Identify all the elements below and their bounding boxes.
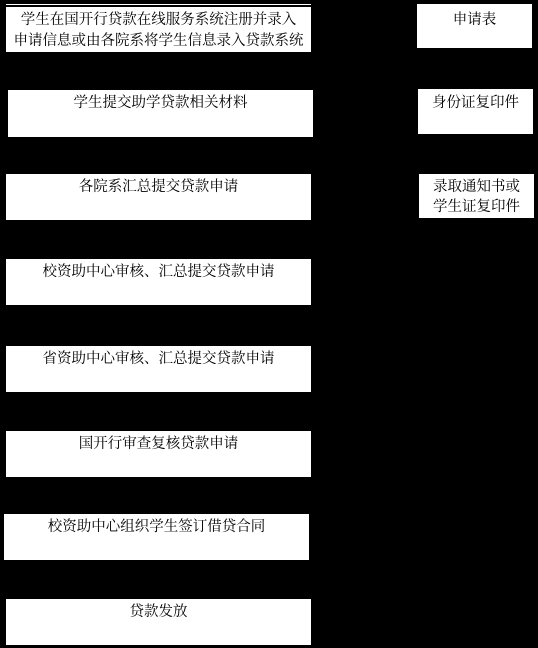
step-text-line: 校资助中心组织学生签订借贷合同 bbox=[4, 517, 309, 538]
step-province-review: 省资助中心审核、汇总提交贷款申请 bbox=[6, 346, 311, 392]
doc-text-line: 申请表 bbox=[417, 10, 532, 31]
step-text-line: 各院系汇总提交贷款申请 bbox=[6, 177, 311, 198]
step-loan-disbursement: 贷款发放 bbox=[6, 599, 311, 645]
step-department-summary: 各院系汇总提交贷款申请 bbox=[6, 174, 311, 220]
doc-text-line: 录取通知书或 bbox=[419, 177, 534, 197]
doc-id-copy: 身份证复印件 bbox=[418, 89, 533, 134]
doc-application-form: 申请表 bbox=[417, 4, 532, 48]
divider-line bbox=[6, 4, 311, 5]
step-text-line: 申请信息或由各院系将学生信息录入贷款系统 bbox=[6, 31, 311, 52]
step-text-line: 学生提交助学贷款相关材料 bbox=[8, 93, 313, 114]
step-text-line: 贷款发放 bbox=[6, 602, 311, 623]
doc-text-line: 学生证复印件 bbox=[419, 197, 534, 217]
step-text-line: 学生在国开行贷款在线服务系统注册并录入 bbox=[6, 10, 311, 31]
doc-admission-or-student-id: 录取通知书或 学生证复印件 bbox=[419, 174, 534, 218]
step-submit-materials: 学生提交助学贷款相关材料 bbox=[8, 90, 313, 137]
step-text-line: 校资助中心审核、汇总提交贷款申请 bbox=[6, 262, 311, 283]
step-text-line: 国开行审查复核贷款申请 bbox=[6, 434, 311, 455]
doc-text-line: 身份证复印件 bbox=[418, 93, 533, 114]
step-text-line: 省资助中心审核、汇总提交贷款申请 bbox=[6, 349, 311, 370]
step-bank-review: 国开行审查复核贷款申请 bbox=[6, 431, 311, 477]
step-school-review: 校资助中心审核、汇总提交贷款申请 bbox=[6, 259, 311, 305]
step-register-apply: 学生在国开行贷款在线服务系统注册并录入 申请信息或由各院系将学生信息录入贷款系统 bbox=[6, 7, 311, 52]
step-sign-contract: 校资助中心组织学生签订借贷合同 bbox=[4, 514, 309, 560]
